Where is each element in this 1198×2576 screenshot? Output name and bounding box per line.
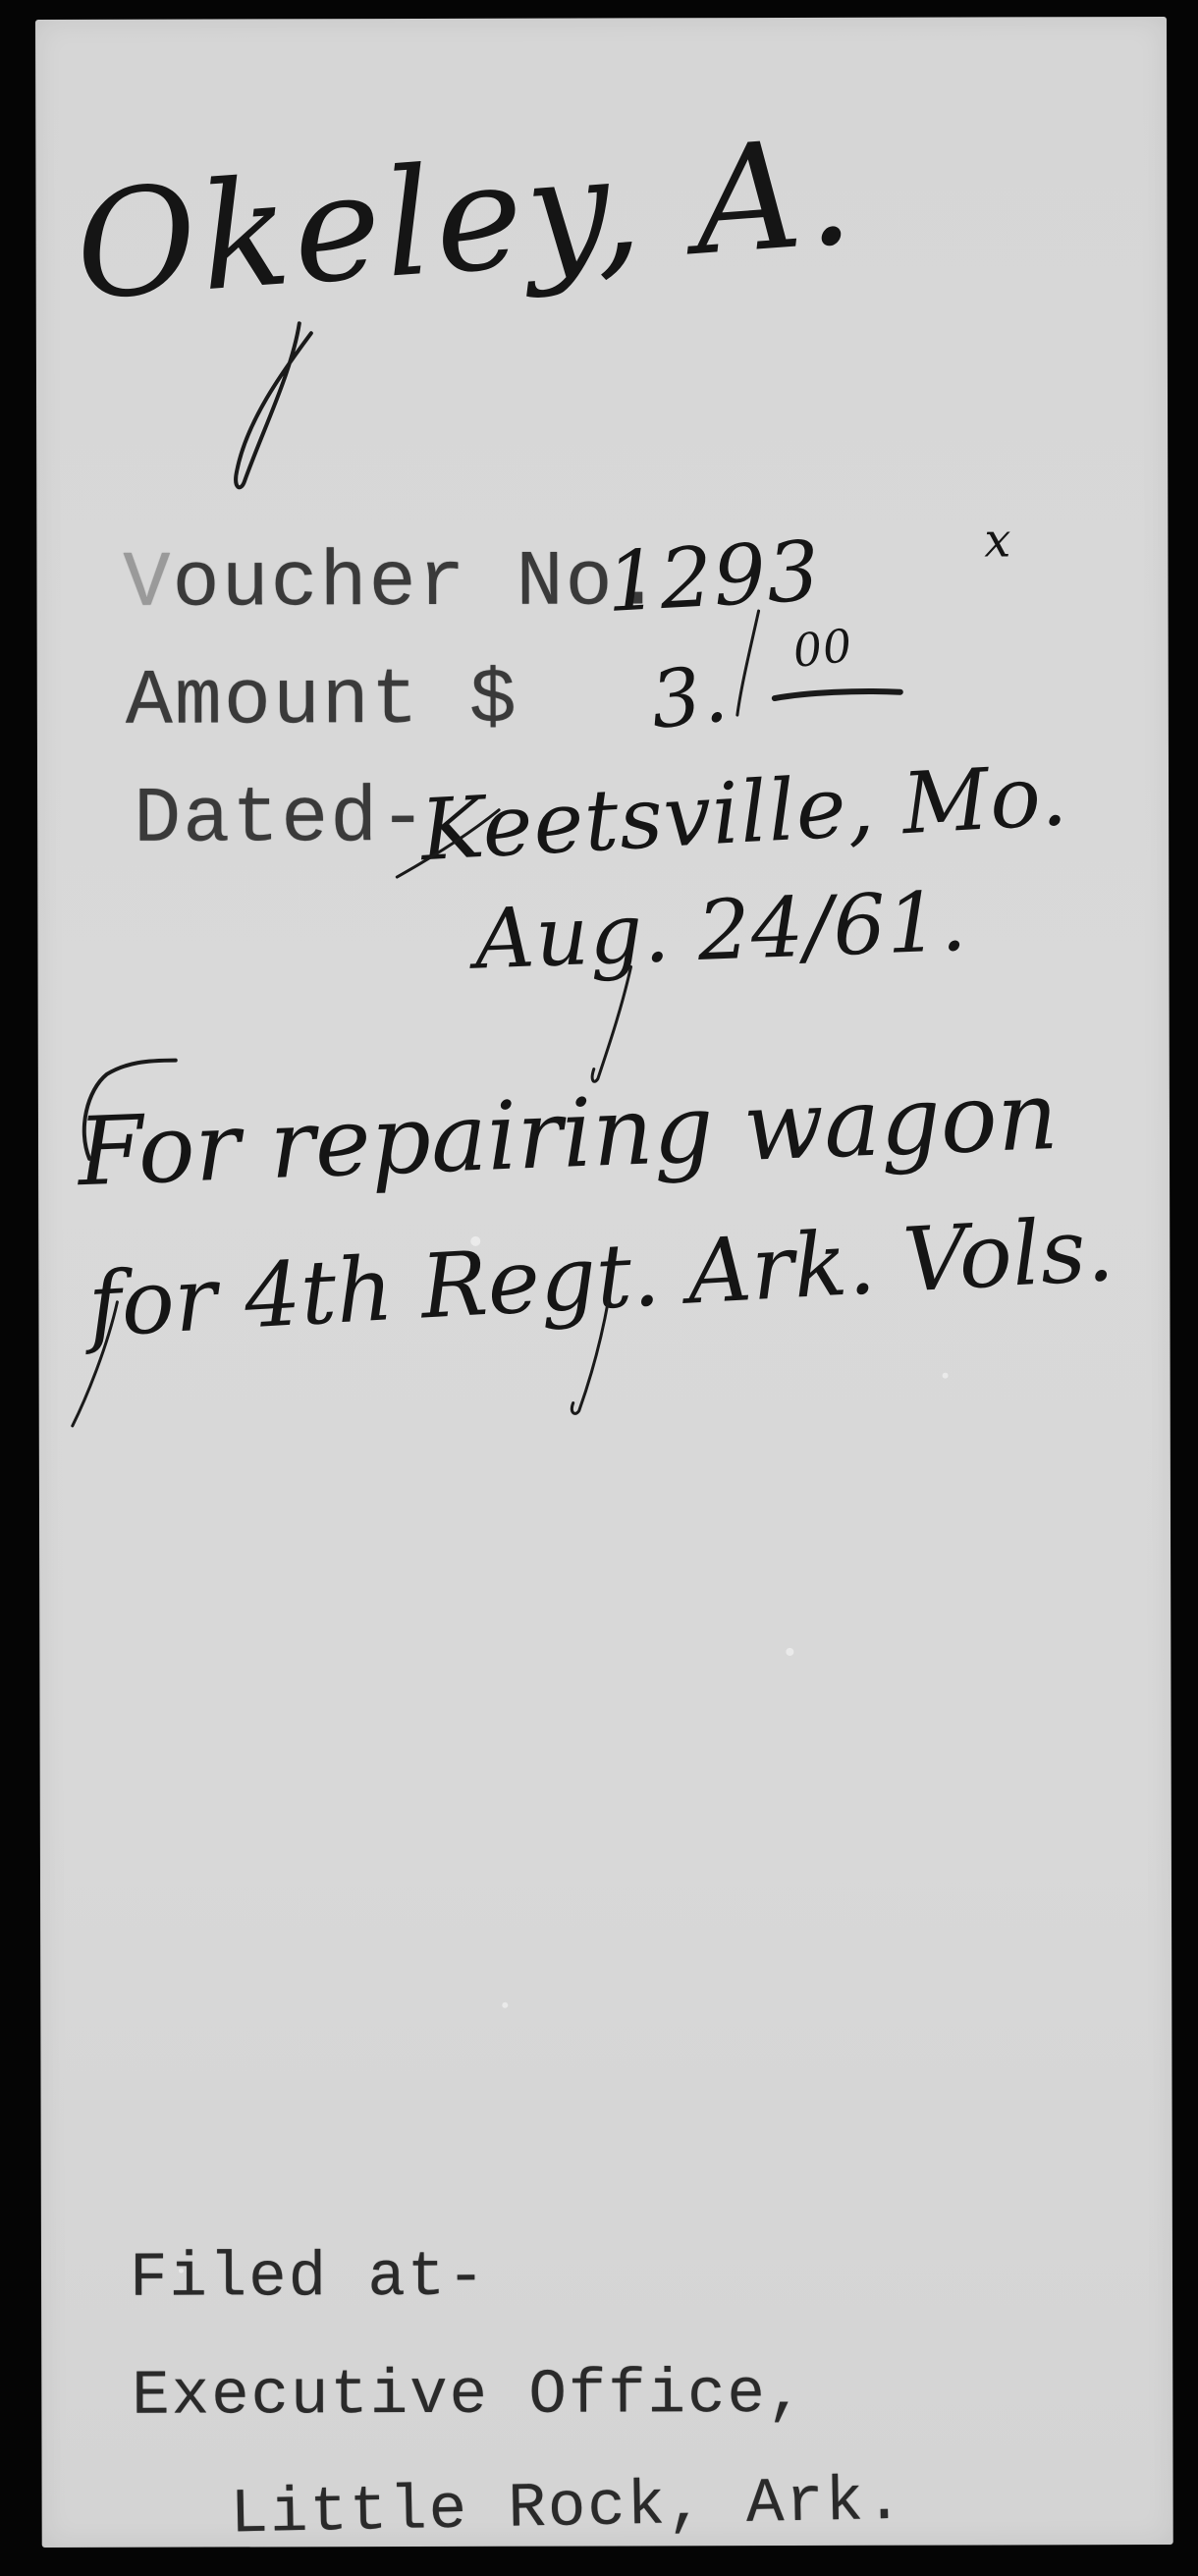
- filed-office: Executive Office,: [132, 2360, 806, 2433]
- purpose-line-1: For repairing wagon: [76, 1061, 1060, 1207]
- paper-speck: [502, 2002, 508, 2008]
- amount-value: 3.: [646, 647, 733, 746]
- paper-speck: [786, 1648, 793, 1656]
- purpose-capital-f-flourish: [68, 1041, 195, 1178]
- dated-date: Aug. 24/61.: [473, 873, 969, 988]
- voucher-label: Voucher No.: [123, 538, 663, 629]
- voucher-number-tail: [730, 607, 769, 725]
- dated-place: Keetsville, Mo.: [418, 746, 1070, 880]
- paper-speck: [179, 2269, 184, 2274]
- filed-label: Filed at-: [130, 2243, 487, 2315]
- filed-location: Little Rock, Ark.: [230, 2467, 905, 2551]
- dated-date-descender: [588, 960, 647, 1088]
- amount-label: Amount $: [126, 657, 518, 747]
- paper-speck: [943, 1373, 949, 1379]
- voucher-label-faded-letter: V: [123, 540, 172, 630]
- dated-place-flourish: [391, 804, 509, 883]
- handwritten-name: Okeley, A.: [71, 118, 860, 321]
- voucher-label-text: oucher No.: [172, 538, 663, 629]
- amount-cents-underline: [769, 681, 906, 710]
- dated-label: Dated-: [134, 775, 428, 865]
- paper-speck: [470, 1236, 480, 1246]
- voucher-number: 1293: [604, 522, 823, 630]
- voucher-index-card: Okeley, A. Voucher No. 1293 x Amount $ 3…: [35, 17, 1173, 2548]
- amount-cents: 00: [790, 619, 855, 678]
- name-descender-flourish: [223, 313, 341, 500]
- purpose-line-2-descenders: [58, 1294, 745, 1434]
- voucher-suffix-mark: x: [984, 513, 1011, 568]
